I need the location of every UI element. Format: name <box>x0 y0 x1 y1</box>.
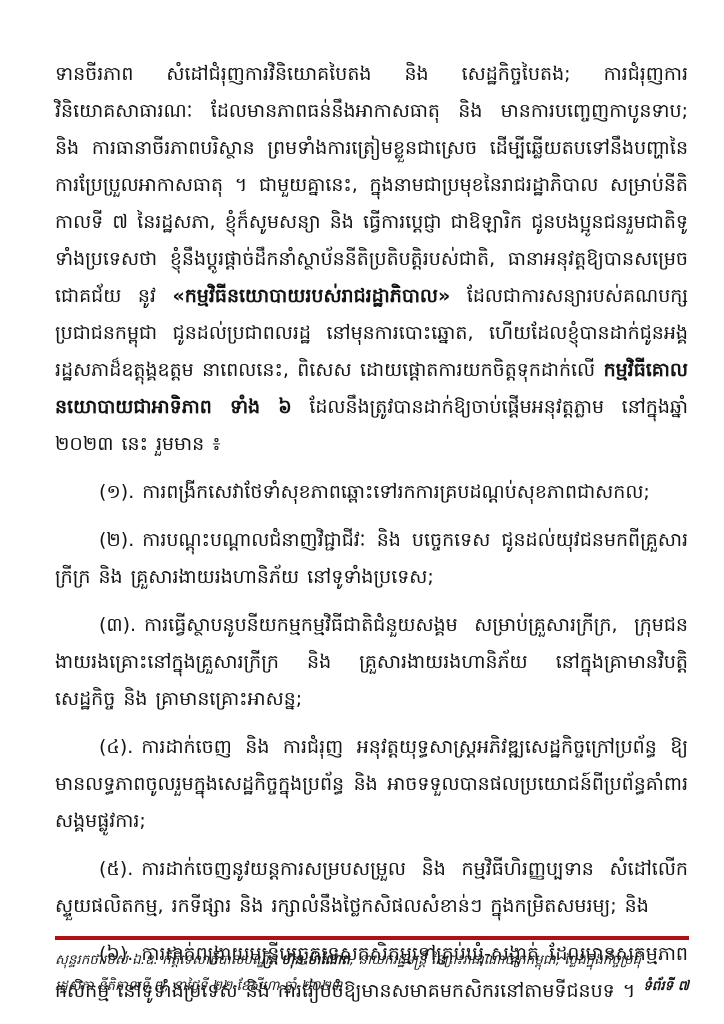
item-number: (៣). <box>99 614 136 636</box>
priority-items-list: (១).ការពង្រីកសេវាថែទាំសុខភាពឆ្ពោះទៅរកការ… <box>55 474 688 1010</box>
item-text: ការដាក់ចេញ និង ការជំរុញ អនុវត្តយុទ្ធសាស្… <box>55 736 688 832</box>
footer-caption-line1-suffix: , នាយករដ្ឋមន្ត្រី នៃព្រះរាជាណាចក្រកម្ពុជ… <box>350 952 641 968</box>
item-text: ការពង្រីកសេវាថែទាំសុខភាពឆ្ពោះទៅរកការគ្រប… <box>142 481 650 503</box>
item-number: (៥). <box>99 858 133 880</box>
item-number: (២). <box>99 529 134 551</box>
intro-paragraph: ទានចីរភាព សំដៅជំរុញការវិនិយោគបៃតង និង សេ… <box>55 56 688 463</box>
list-item: (៤).ការដាក់ចេញ និង ការជំរុញ អនុវត្តយុទ្ធ… <box>55 729 688 840</box>
item-text: ការធ្វើស្ថាបនូបនីយកម្មកម្មវិធីជាតិជំនួយស… <box>55 614 688 710</box>
page-number: ទំព័រទី ៧ <box>643 973 689 999</box>
item-number: (៤). <box>99 736 133 758</box>
list-item: (២).ការបណ្តុះបណ្តាលជំនាញវិជ្ជាជីវៈ និង ប… <box>55 522 688 596</box>
document-page: ទានចីរភាព សំដៅជំរុញការវិនិយោគបៃតង និង សេ… <box>0 0 724 1024</box>
footer: សុន្ទរកថារបស់ ឯ.ឧ. កិត្តិទេសាភិបាលបណ្ឌិត… <box>55 936 689 999</box>
item-number: (១). <box>99 481 134 503</box>
intro-segment: ទានចីរភាព សំដៅជំរុញការវិនិយោគបៃតង និង សេ… <box>55 63 688 307</box>
item-text: ការបណ្តុះបណ្តាលជំនាញវិជ្ជាជីវៈ និង បច្ចេ… <box>55 529 688 588</box>
footer-caption-line2: រដ្ឋសភា នីតិកាលទី ៧, នាថ្ងៃទី ២២ ខែសីហា … <box>55 973 342 999</box>
list-item: (៣).ការធ្វើស្ថាបនូបនីយកម្មកម្មវិធីជាតិជំ… <box>55 607 688 718</box>
footer-caption-line1-prefix: សុន្ទរកថារបស់ ឯ.ឧ. កិត្តិទេសាភិបាលបណ្ឌិត <box>55 952 281 968</box>
item-text: ការដាក់ចេញនូវយន្តការសម្របសម្រួល និង កម្ម… <box>55 858 688 917</box>
list-item: (១).ការពង្រីកសេវាថែទាំសុខភាពឆ្ពោះទៅរកការ… <box>55 474 688 511</box>
footer-caption: សុន្ទរកថារបស់ ឯ.ឧ. កិត្តិទេសាភិបាលបណ្ឌិត… <box>55 947 689 999</box>
footer-row2: រដ្ឋសភា នីតិកាលទី ៧, នាថ្ងៃទី ២២ ខែសីហា … <box>55 973 689 999</box>
bold-phrase-political-program: «កម្មវិធីនយោបាយរបស់រាជរដ្ឋាភិបាល» <box>172 285 450 307</box>
footer-divider-rule <box>55 936 689 940</box>
list-item: (៥).ការដាក់ចេញនូវយន្តការសម្របសម្រួល និង … <box>55 851 688 925</box>
speaker-name: ហ៊ុន ម៉ាណែត <box>281 952 349 968</box>
body-text: ទានចីរភាព សំដៅជំរុញការវិនិយោគបៃតង និង សេ… <box>55 56 688 1010</box>
